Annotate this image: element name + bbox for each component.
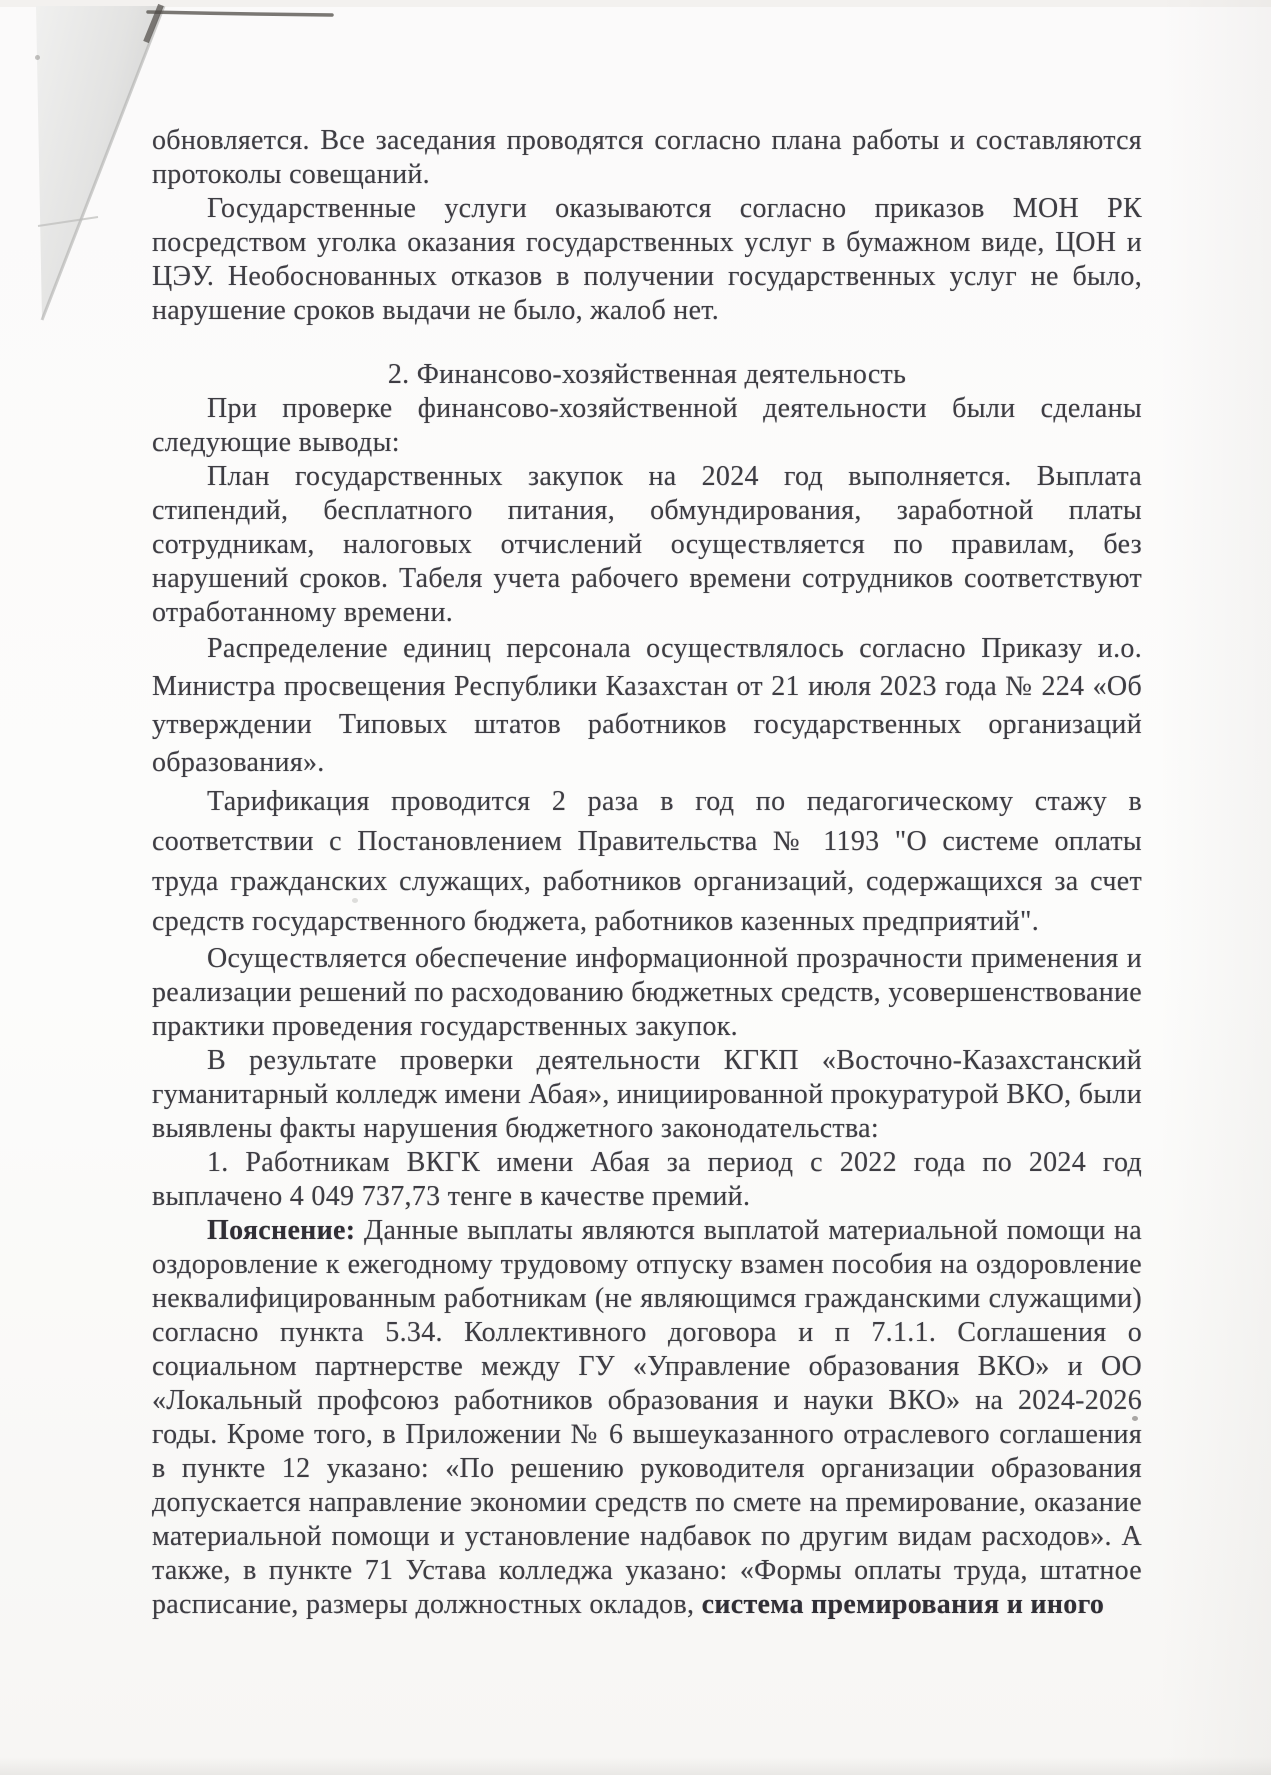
explanation-label: Пояснение:	[207, 1215, 355, 1246]
paragraph-staff-allocation: Распределение единиц персонала осуществл…	[152, 630, 1142, 782]
explanation-bold-tail: система премирования и иного	[702, 1589, 1105, 1620]
paragraph-tarification: Тарификация проводится 2 раза в год по п…	[152, 782, 1142, 942]
paragraph-violation-item-1: 1. Работникам ВКГК имени Абая за период …	[152, 1146, 1142, 1214]
paragraph-meetings-continuation: обновляется. Все заседания проводятся со…	[152, 124, 1142, 192]
paragraph-audit-intro: При проверке финансово-хозяйственной дея…	[152, 392, 1142, 460]
scan-right-edge-shade	[1161, 0, 1271, 1775]
paragraph-state-services: Государственные услуги оказываются согла…	[152, 192, 1142, 328]
scan-speck	[35, 55, 40, 60]
scanned-page: обновляется. Все заседания проводятся со…	[0, 0, 1271, 1775]
document-body: обновляется. Все заседания проводятся со…	[152, 124, 1142, 1622]
scan-bottom-edge-shade	[0, 1757, 1271, 1775]
paragraph-procurement-plan: План государственных закупок на 2024 год…	[152, 460, 1142, 630]
explanation-body: Данные выплаты являются выплатой материа…	[152, 1215, 1142, 1620]
paragraph-inspection-result: В результате проверки деятельности КГКП …	[152, 1044, 1142, 1146]
paragraph-budget-transparency: Осуществляется обеспечение информационно…	[152, 942, 1142, 1044]
section-heading: 2. Финансово-хозяйственная деятельность	[152, 358, 1142, 392]
paragraph-explanation: Пояснение: Данные выплаты являются выпла…	[152, 1214, 1142, 1622]
